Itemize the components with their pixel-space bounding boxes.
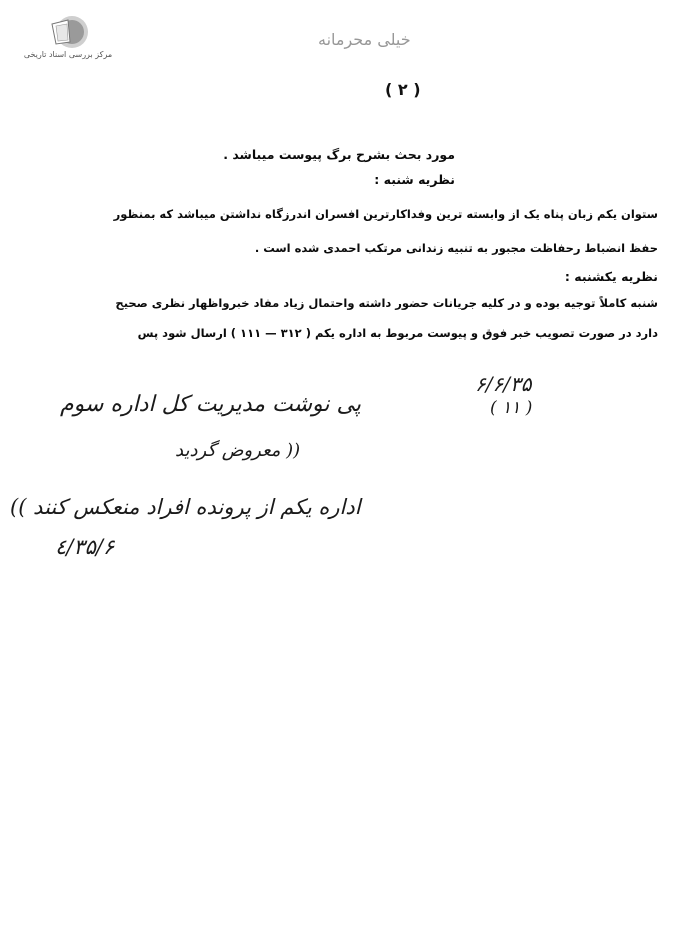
- archive-emblem-icon: [46, 14, 90, 50]
- page-number: ( ۲ ): [385, 80, 421, 99]
- logo-caption: مرکز بررسی اسناد تاریخی: [18, 50, 118, 59]
- classification-heading: خیلی محرمانه: [318, 30, 411, 49]
- heading-sunday-opinion: نظریه یکشنبه :: [565, 269, 658, 284]
- body-line-1: مورد بحث بشرح برگ پیوست میباشد .: [223, 147, 455, 162]
- body-line-3: ستوان یکم زبان پناه یک از وابسته ترین وف…: [114, 207, 658, 221]
- handwritten-note-directorate: پی نوشت مدیریت کل اداره سوم: [60, 392, 361, 417]
- handwritten-note-instruction: اداره یکم از پرونده افراد منعکس کنند )): [10, 495, 361, 519]
- heading-saturday-opinion: نظریه شنبه :: [374, 172, 455, 187]
- body-line-4: حفظ انضباط رحفاظت مجبور به تنبیه زندانی …: [255, 241, 658, 255]
- handwritten-date-bottom: ۳۵/۶/٤: [55, 535, 114, 559]
- archive-logo: مرکز بررسی اسناد تاریخی: [18, 14, 118, 64]
- handwritten-date-top: ۶/۶/۳۵: [475, 372, 531, 396]
- body-line-7: دارد در صورت تصویب خبر فوق و پیوست مربوط…: [138, 326, 658, 340]
- handwritten-note-reported: (( معروض گردید: [175, 440, 300, 461]
- body-line-6: شنبه کاملاً توجیه بوده و در کلیه جریانات…: [115, 296, 658, 310]
- handwritten-ref-number: ( ۱۱ ): [490, 398, 532, 418]
